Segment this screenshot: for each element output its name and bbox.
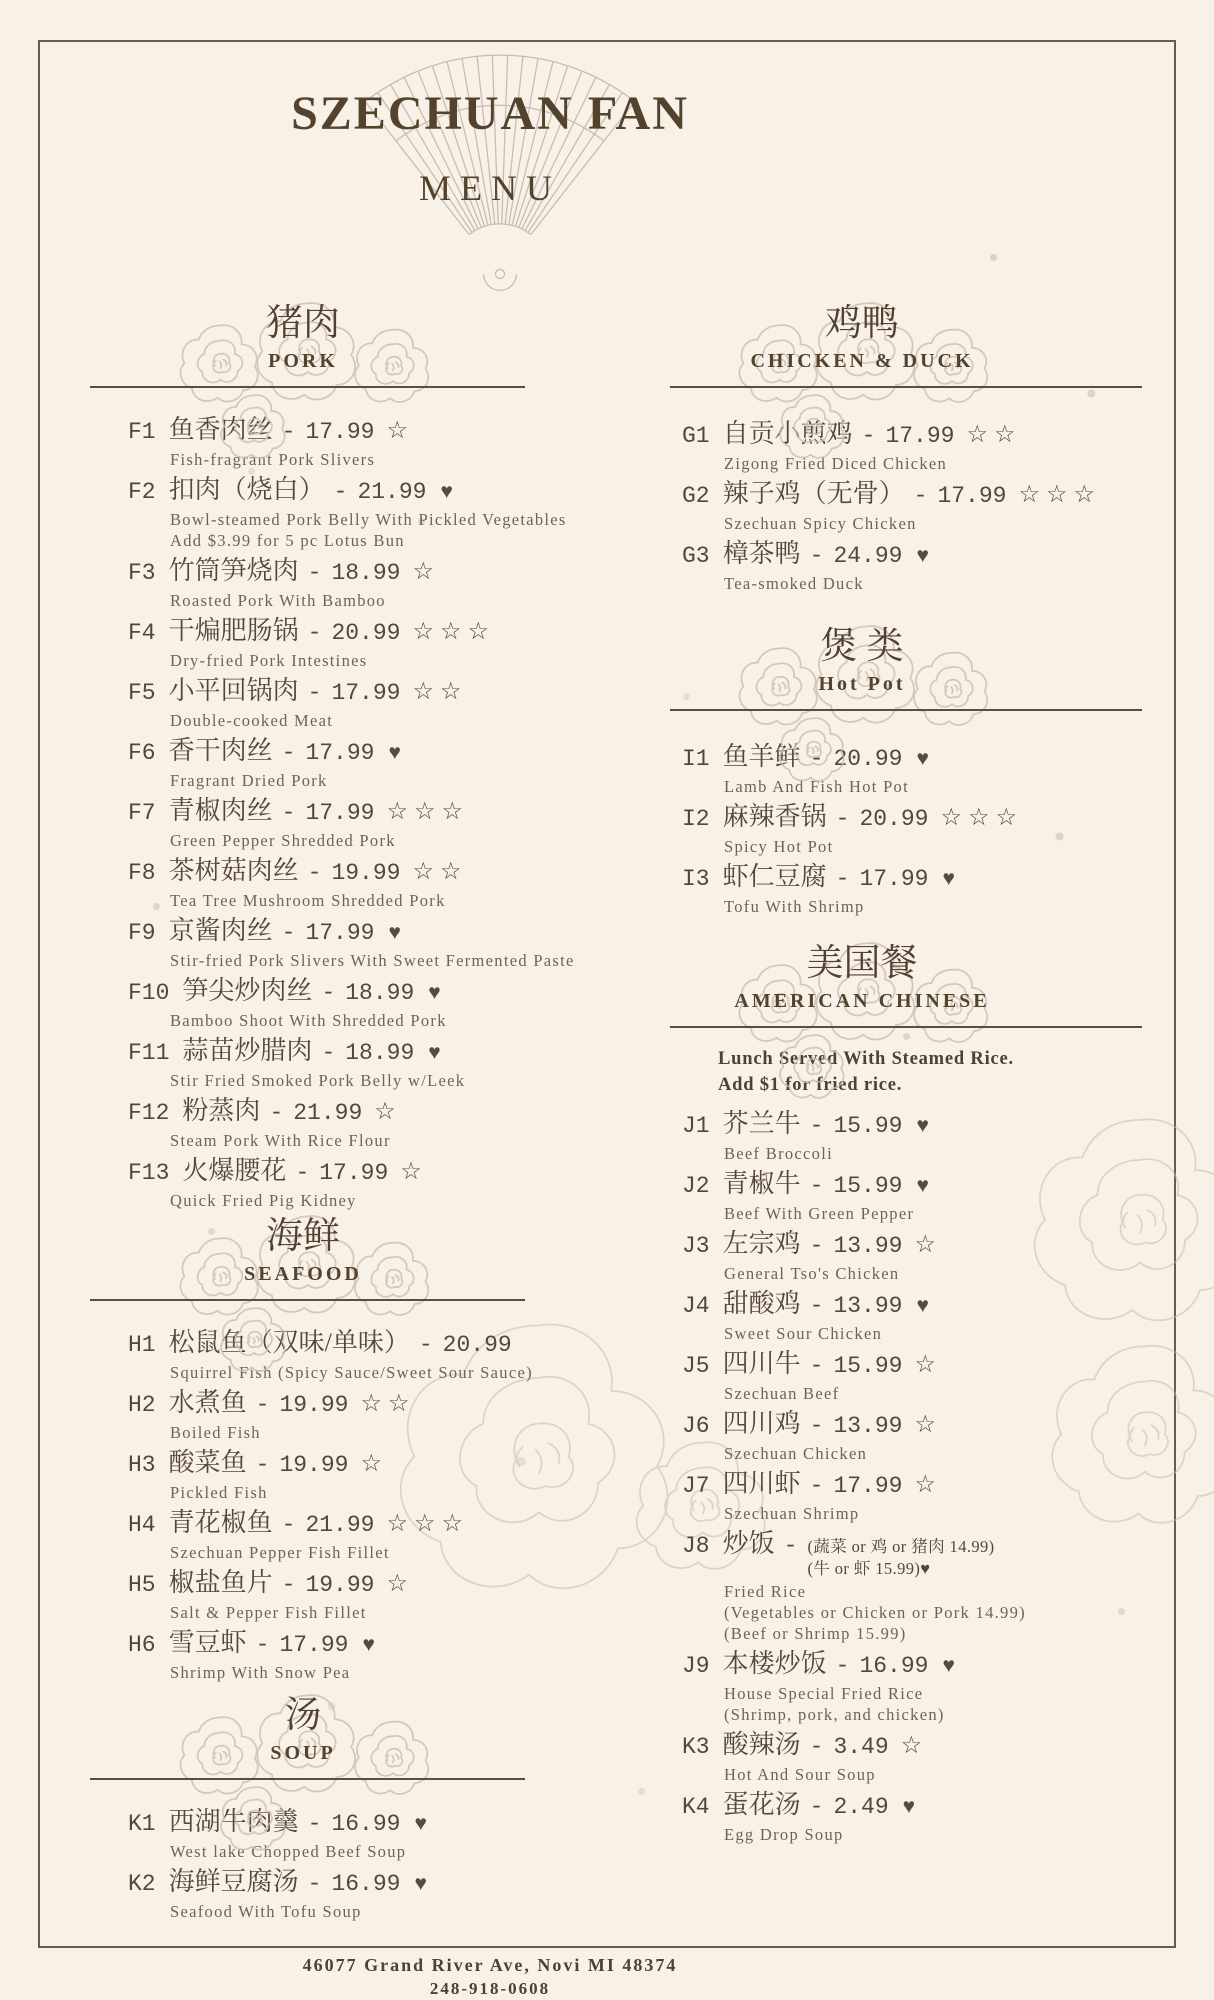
item-price: 19.99 bbox=[279, 1389, 348, 1421]
item-desc: (Vegetables or Chicken or Pork 14.99) bbox=[682, 1603, 1152, 1622]
item-name-zh: 青花椒鱼 bbox=[169, 1507, 273, 1539]
item-price: 15.99 bbox=[833, 1170, 902, 1202]
menu-item: F5小平回锅肉-17.99☆☆Double-cooked Meat bbox=[128, 675, 563, 730]
section-items: Lunch Served With Steamed Rice.Add $1 fo… bbox=[662, 1028, 1152, 1844]
item-dash: - bbox=[810, 1110, 824, 1142]
item-dash: - bbox=[282, 1509, 296, 1541]
spice-indicator: ♥ bbox=[916, 1169, 928, 1201]
section-title-zh: 海鲜 bbox=[93, 1215, 513, 1259]
item-name-zh: 香干肉丝 bbox=[169, 735, 273, 767]
menu-section-american: 美国餐AMERICAN CHINESELunch Served With Ste… bbox=[662, 942, 1152, 1844]
spice-indicator: ♥ bbox=[903, 1790, 915, 1822]
menu-item: H2水煮鱼-19.99☆☆Boiled Fish bbox=[128, 1387, 563, 1442]
spice-indicator: ☆ bbox=[360, 1448, 388, 1480]
item-desc: Bamboo Shoot With Shredded Pork bbox=[128, 1011, 563, 1030]
item-desc: Seafood With Tofu Soup bbox=[128, 1902, 563, 1921]
spice-indicator: ♥ bbox=[362, 1628, 374, 1660]
menu-header: SZECHUAN FAN MENU bbox=[0, 86, 980, 209]
item-dash: - bbox=[810, 1470, 824, 1502]
section-header: 海鲜SEAFOOD bbox=[93, 1215, 513, 1289]
section-header: 汤SOUP bbox=[93, 1694, 513, 1768]
item-name-zh: 虾仁豆腐 bbox=[723, 861, 827, 893]
menu-item: F8茶树菇肉丝-19.99☆☆Tea Tree Mushroom Shredde… bbox=[128, 855, 563, 910]
item-dash: - bbox=[282, 1569, 296, 1601]
item-name-zh: 水煮鱼 bbox=[169, 1387, 247, 1419]
menu-subtitle: MENU bbox=[0, 167, 980, 209]
menu-item-main: F8茶树菇肉丝-19.99☆☆ bbox=[128, 855, 563, 889]
item-code: J2 bbox=[682, 1170, 710, 1202]
menu-item: J4甜酸鸡-13.99♥Sweet Sour Chicken bbox=[682, 1288, 1152, 1343]
menu-item: J7四川虾-17.99☆Szechuan Shrimp bbox=[682, 1468, 1152, 1523]
menu-item: F6香干肉丝-17.99♥Fragrant Dried Pork bbox=[128, 735, 563, 790]
item-name-zh: 雪豆虾 bbox=[169, 1627, 247, 1659]
item-code: F3 bbox=[128, 557, 156, 589]
section-title-en: AMERICAN CHINESE bbox=[642, 986, 1082, 1016]
spice-indicator: ☆ bbox=[914, 1409, 942, 1441]
item-desc: Fried Rice bbox=[682, 1582, 1152, 1601]
spice-indicator: ♥ bbox=[388, 736, 400, 768]
section-title-zh: 煲 类 bbox=[642, 625, 1082, 669]
item-code: F1 bbox=[128, 416, 156, 448]
item-price: 21.99 bbox=[357, 476, 426, 508]
spice-indicator: ☆☆ bbox=[412, 856, 467, 888]
section-title-zh: 美国餐 bbox=[642, 942, 1082, 986]
spice-indicator: ♥ bbox=[414, 1867, 426, 1899]
item-name-zh: 火爆腰花 bbox=[182, 1155, 286, 1187]
item-desc: Szechuan Pepper Fish Fillet bbox=[128, 1543, 563, 1562]
item-name-zh: 青椒肉丝 bbox=[169, 795, 273, 827]
menu-item: F4干煸肥肠锅-20.99☆☆☆Dry-fried Pork Intestine… bbox=[128, 615, 563, 670]
spice-indicator: ♥ bbox=[916, 539, 928, 571]
item-desc: Green Pepper Shredded Pork bbox=[128, 831, 563, 850]
menu-item: F11蒜苗炒腊肉-18.99♥Stir Fried Smoked Pork Be… bbox=[128, 1035, 563, 1090]
item-price: 15.99 bbox=[833, 1110, 902, 1142]
spice-indicator: ☆ bbox=[914, 1229, 942, 1261]
menu-item-main: J7四川虾-17.99☆ bbox=[682, 1468, 1152, 1502]
item-desc: (Beef or Shrimp 15.99) bbox=[682, 1624, 1152, 1643]
item-desc: Fragrant Dried Pork bbox=[128, 771, 563, 790]
menu-item: F9京酱肉丝-17.99♥Stir-fried Pork Slivers Wit… bbox=[128, 915, 563, 970]
item-code: F2 bbox=[128, 476, 156, 508]
section-divider bbox=[90, 1778, 525, 1780]
spice-indicator: ☆☆ bbox=[360, 1388, 415, 1420]
section-header: 美国餐AMERICAN CHINESE bbox=[642, 942, 1082, 1016]
item-price: 17.99 bbox=[331, 677, 400, 709]
item-dash: - bbox=[321, 1037, 335, 1069]
price-note-line: (蔬菜 or 鸡 or 猪肉 14.99) bbox=[807, 1536, 994, 1558]
item-dash: - bbox=[836, 803, 850, 835]
item-desc: Add $3.99 for 5 pc Lotus Bun bbox=[128, 531, 563, 550]
item-desc: Dry-fried Pork Intestines bbox=[128, 651, 563, 670]
item-dash: - bbox=[308, 857, 322, 889]
item-name-zh: 粉蒸肉 bbox=[182, 1095, 260, 1127]
section-title-en: Hot Pot bbox=[642, 669, 1082, 699]
item-price: 18.99 bbox=[331, 557, 400, 589]
item-dash: - bbox=[256, 1389, 270, 1421]
menu-item: J1芥兰牛-15.99♥Beef Broccoli bbox=[682, 1108, 1152, 1163]
item-price: 17.99 bbox=[319, 1157, 388, 1189]
item-dash: - bbox=[914, 480, 928, 512]
section-header: 猪肉PORK bbox=[93, 302, 513, 376]
item-price: 17.99 bbox=[937, 480, 1006, 512]
menu-item-main: H5椒盐鱼片-19.99☆ bbox=[128, 1567, 563, 1601]
item-code: J9 bbox=[682, 1650, 710, 1682]
item-code: J6 bbox=[682, 1410, 710, 1442]
item-dash: - bbox=[810, 1350, 824, 1382]
menu-item-main: K4蛋花汤-2.49♥ bbox=[682, 1789, 1152, 1823]
item-code: K3 bbox=[682, 1731, 710, 1763]
menu-item-main: K3酸辣汤-3.49☆ bbox=[682, 1729, 1152, 1763]
menu-item: J2青椒牛-15.99♥Beef With Green Pepper bbox=[682, 1168, 1152, 1223]
item-dash: - bbox=[282, 797, 296, 829]
menu-item-main: H3酸菜鱼-19.99☆ bbox=[128, 1447, 563, 1481]
menu-item: G2辣子鸡（无骨）-17.99☆☆☆Szechuan Spicy Chicken bbox=[682, 478, 1152, 533]
section-title-zh: 汤 bbox=[93, 1694, 513, 1738]
item-code: K1 bbox=[128, 1808, 156, 1840]
menu-section-soup: 汤SOUPK1西湖牛肉羹-16.99♥West lake Chopped Bee… bbox=[108, 1694, 563, 1921]
item-desc: Tofu With Shrimp bbox=[682, 897, 1152, 916]
menu-section-chicken: 鸡鸭CHICKEN & DUCKG1自贡小煎鸡-17.99☆☆Zigong Fr… bbox=[662, 302, 1152, 593]
menu-item-main: F5小平回锅肉-17.99☆☆ bbox=[128, 675, 563, 709]
menu-item-main: G2辣子鸡（无骨）-17.99☆☆☆ bbox=[682, 478, 1152, 512]
menu-item-main: I3虾仁豆腐-17.99♥ bbox=[682, 861, 1152, 895]
menu-item-main: G3樟茶鸭-24.99♥ bbox=[682, 538, 1152, 572]
menu-item-main: J4甜酸鸡-13.99♥ bbox=[682, 1288, 1152, 1322]
item-name-zh: 樟茶鸭 bbox=[723, 538, 801, 570]
menu-page: SZECHUAN FAN MENU 猪肉PORKF1鱼香肉丝-17.99☆Fis… bbox=[0, 0, 1214, 2000]
item-dash: - bbox=[836, 1650, 850, 1682]
item-dash: - bbox=[269, 1097, 283, 1129]
item-desc: Steam Pork With Rice Flour bbox=[128, 1131, 563, 1150]
menu-item-main: H6雪豆虾-17.99♥ bbox=[128, 1627, 563, 1661]
item-code: G2 bbox=[682, 480, 710, 512]
item-code: F8 bbox=[128, 857, 156, 889]
item-dash: - bbox=[308, 557, 322, 589]
item-code: F11 bbox=[128, 1037, 169, 1069]
menu-item-main: H2水煮鱼-19.99☆☆ bbox=[128, 1387, 563, 1421]
item-name-zh: 炒饭 bbox=[723, 1528, 775, 1560]
item-price: 19.99 bbox=[331, 857, 400, 889]
menu-item: F3竹筒笋烧肉-18.99☆Roasted Pork With Bamboo bbox=[128, 555, 563, 610]
item-code: G3 bbox=[682, 540, 710, 572]
item-price: 21.99 bbox=[293, 1097, 362, 1129]
item-desc: Stir-fried Pork Slivers With Sweet Ferme… bbox=[128, 951, 563, 970]
section-divider bbox=[670, 386, 1142, 388]
item-code: F12 bbox=[128, 1097, 169, 1129]
item-dash: - bbox=[784, 1530, 798, 1562]
item-desc: Beef With Green Pepper bbox=[682, 1204, 1152, 1223]
item-desc: Szechuan Spicy Chicken bbox=[682, 514, 1152, 533]
menu-item: J5四川牛-15.99☆Szechuan Beef bbox=[682, 1348, 1152, 1403]
menu-item: J9本楼炒饭-16.99♥House Special Fried Rice(Sh… bbox=[682, 1648, 1152, 1724]
item-name-zh: 甜酸鸡 bbox=[723, 1288, 801, 1320]
item-price: 17.99 bbox=[305, 797, 374, 829]
item-desc: Sweet Sour Chicken bbox=[682, 1324, 1152, 1343]
item-desc: Bowl-steamed Pork Belly With Pickled Veg… bbox=[128, 510, 563, 529]
item-dash: - bbox=[282, 737, 296, 769]
item-code: H2 bbox=[128, 1389, 156, 1421]
item-price: 2.49 bbox=[833, 1791, 888, 1823]
menu-item-main: J2青椒牛-15.99♥ bbox=[682, 1168, 1152, 1202]
spice-indicator: ☆ bbox=[412, 556, 440, 588]
menu-item-main: F2扣肉（烧白）-21.99♥ bbox=[128, 474, 563, 508]
item-code: I2 bbox=[682, 803, 710, 835]
menu-item-main: F12粉蒸肉-21.99☆ bbox=[128, 1095, 563, 1129]
menu-item-main: F4干煸肥肠锅-20.99☆☆☆ bbox=[128, 615, 563, 649]
item-price: 13.99 bbox=[833, 1290, 902, 1322]
spice-indicator: ☆ bbox=[374, 1096, 402, 1128]
item-desc: Double-cooked Meat bbox=[128, 711, 563, 730]
item-code: K2 bbox=[128, 1868, 156, 1900]
item-dash: - bbox=[810, 1410, 824, 1442]
menu-item: K2海鲜豆腐汤-16.99♥Seafood With Tofu Soup bbox=[128, 1866, 563, 1921]
menu-item-main: I2麻辣香锅-20.99☆☆☆ bbox=[682, 801, 1152, 835]
item-desc: Szechuan Chicken bbox=[682, 1444, 1152, 1463]
item-name-zh: 酸辣汤 bbox=[723, 1729, 801, 1761]
item-desc: Stir Fried Smoked Pork Belly w/Leek bbox=[128, 1071, 563, 1090]
menu-item-main: F10笋尖炒肉丝-18.99♥ bbox=[128, 975, 563, 1009]
section-items: F1鱼香肉丝-17.99☆Fish-fragrant Pork SliversF… bbox=[108, 388, 563, 1210]
item-price: 20.99 bbox=[331, 617, 400, 649]
item-desc: General Tso's Chicken bbox=[682, 1264, 1152, 1283]
item-desc: (Shrimp, pork, and chicken) bbox=[682, 1705, 1152, 1724]
item-price: 24.99 bbox=[833, 540, 902, 572]
menu-item-main: H4青花椒鱼-21.99☆☆☆ bbox=[128, 1507, 563, 1541]
item-price: 20.99 bbox=[859, 803, 928, 835]
item-name-zh: 干煸肥肠锅 bbox=[169, 615, 299, 647]
item-price: 17.99 bbox=[859, 863, 928, 895]
item-name-zh: 麻辣香锅 bbox=[723, 801, 827, 833]
item-desc: Szechuan Shrimp bbox=[682, 1504, 1152, 1523]
section-title-zh: 猪肉 bbox=[93, 302, 513, 346]
menu-item-main: J3左宗鸡-13.99☆ bbox=[682, 1228, 1152, 1262]
item-desc: Egg Drop Soup bbox=[682, 1825, 1152, 1844]
item-code: H3 bbox=[128, 1449, 156, 1481]
spice-indicator: ☆☆☆ bbox=[1018, 479, 1101, 511]
item-price-notes: (蔬菜 or 鸡 or 猪肉 14.99)(牛 or 虾 15.99)♥ bbox=[807, 1536, 994, 1580]
item-dash: - bbox=[256, 1449, 270, 1481]
menu-footer: 46077 Grand River Ave, Novi MI 48374 248… bbox=[0, 1954, 980, 1999]
spice-indicator: ♥ bbox=[916, 1289, 928, 1321]
section-divider bbox=[90, 386, 525, 388]
item-name-zh: 京酱肉丝 bbox=[169, 915, 273, 947]
item-code: J3 bbox=[682, 1230, 710, 1262]
menu-item-main: F9京酱肉丝-17.99♥ bbox=[128, 915, 563, 949]
footer-address: 46077 Grand River Ave, Novi MI 48374 bbox=[0, 1954, 980, 1976]
item-code: F9 bbox=[128, 917, 156, 949]
item-desc: Roasted Pork With Bamboo bbox=[128, 591, 563, 610]
item-code: H4 bbox=[128, 1509, 156, 1541]
restaurant-title: SZECHUAN FAN bbox=[0, 86, 980, 141]
spice-indicator: ☆☆☆ bbox=[940, 802, 1023, 834]
menu-section-pork: 猪肉PORKF1鱼香肉丝-17.99☆Fish-fragrant Pork Sl… bbox=[108, 302, 563, 1210]
menu-item: F10笋尖炒肉丝-18.99♥Bamboo Shoot With Shredde… bbox=[128, 975, 563, 1030]
item-name-zh: 茶树菇肉丝 bbox=[169, 855, 299, 887]
item-name-zh: 左宗鸡 bbox=[723, 1228, 801, 1260]
item-desc: Tea Tree Mushroom Shredded Pork bbox=[128, 891, 563, 910]
menu-item-main: F6香干肉丝-17.99♥ bbox=[128, 735, 563, 769]
section-divider bbox=[90, 1299, 525, 1301]
item-name-zh: 海鲜豆腐汤 bbox=[169, 1866, 299, 1898]
item-price: 17.99 bbox=[305, 917, 374, 949]
column-left: 猪肉PORKF1鱼香肉丝-17.99☆Fish-fragrant Pork Sl… bbox=[108, 302, 563, 1926]
item-price: 17.99 bbox=[305, 737, 374, 769]
item-code: F5 bbox=[128, 677, 156, 709]
menu-item: H4青花椒鱼-21.99☆☆☆Szechuan Pepper Fish Fill… bbox=[128, 1507, 563, 1562]
item-code: J5 bbox=[682, 1350, 710, 1382]
menu-item: F12粉蒸肉-21.99☆Steam Pork With Rice Flour bbox=[128, 1095, 563, 1150]
price-note-line: (牛 or 虾 15.99)♥ bbox=[807, 1558, 994, 1580]
section-title-en: SOUP bbox=[93, 1738, 513, 1768]
item-code: J4 bbox=[682, 1290, 710, 1322]
menu-item: H3酸菜鱼-19.99☆Pickled Fish bbox=[128, 1447, 563, 1502]
section-divider bbox=[670, 709, 1142, 711]
item-desc: Boiled Fish bbox=[128, 1423, 563, 1442]
spice-indicator: ☆☆☆ bbox=[412, 616, 495, 648]
item-dash: - bbox=[810, 1230, 824, 1262]
item-code: J8 bbox=[682, 1530, 710, 1562]
menu-item: J3左宗鸡-13.99☆General Tso's Chicken bbox=[682, 1228, 1152, 1283]
item-dash: - bbox=[308, 677, 322, 709]
spice-indicator: ☆ bbox=[914, 1349, 942, 1381]
item-code: G1 bbox=[682, 420, 710, 452]
item-name-zh: 辣子鸡（无骨） bbox=[723, 478, 905, 510]
item-dash: - bbox=[308, 617, 322, 649]
menu-section-seafood: 海鲜SEAFOODH1松鼠鱼（双味/单味）-20.99Squirrel Fish… bbox=[108, 1215, 563, 1682]
item-price: 17.99 bbox=[833, 1470, 902, 1502]
item-code: F7 bbox=[128, 797, 156, 829]
menu-item: F2扣肉（烧白）-21.99♥Bowl-steamed Pork Belly W… bbox=[128, 474, 563, 550]
item-desc: Hot And Sour Soup bbox=[682, 1765, 1152, 1784]
spice-indicator: ☆ bbox=[914, 1469, 942, 1501]
item-name-zh: 四川虾 bbox=[723, 1468, 801, 1500]
item-code: F4 bbox=[128, 617, 156, 649]
spice-indicator: ☆☆ bbox=[412, 676, 467, 708]
item-price: 16.99 bbox=[331, 1868, 400, 1900]
item-dash: - bbox=[836, 863, 850, 895]
item-dash: - bbox=[810, 1290, 824, 1322]
menu-item: I3虾仁豆腐-17.99♥Tofu With Shrimp bbox=[682, 861, 1152, 916]
section-header: 煲 类Hot Pot bbox=[642, 625, 1082, 699]
menu-item: G3樟茶鸭-24.99♥Tea-smoked Duck bbox=[682, 538, 1152, 593]
item-dash: - bbox=[256, 1629, 270, 1661]
item-dash: - bbox=[334, 476, 348, 508]
item-name-zh: 四川鸡 bbox=[723, 1408, 801, 1440]
item-price: 15.99 bbox=[833, 1350, 902, 1382]
item-dash: - bbox=[810, 540, 824, 572]
item-dash: - bbox=[810, 1170, 824, 1202]
section-title-en: PORK bbox=[93, 346, 513, 376]
spice-indicator: ♥ bbox=[942, 862, 954, 894]
menu-item-main: K2海鲜豆腐汤-16.99♥ bbox=[128, 1866, 563, 1900]
menu-item-main: F3竹筒笋烧肉-18.99☆ bbox=[128, 555, 563, 589]
item-code: F10 bbox=[128, 977, 169, 1009]
item-price: 3.49 bbox=[833, 1731, 888, 1763]
section-title-en: CHICKEN & DUCK bbox=[642, 346, 1082, 376]
item-dash: - bbox=[810, 1731, 824, 1763]
menu-item-main: F7青椒肉丝-17.99☆☆☆ bbox=[128, 795, 563, 829]
item-dash: - bbox=[810, 1791, 824, 1823]
item-dash: - bbox=[295, 1157, 309, 1189]
spice-indicator: ☆ bbox=[901, 1730, 929, 1762]
item-name-zh: 小平回锅肉 bbox=[169, 675, 299, 707]
item-price: 16.99 bbox=[859, 1650, 928, 1682]
menu-item: K4蛋花汤-2.49♥Egg Drop Soup bbox=[682, 1789, 1152, 1844]
spice-indicator: ☆☆☆ bbox=[386, 796, 469, 828]
section-title-zh: 鸡鸭 bbox=[642, 302, 1082, 346]
item-dash: - bbox=[282, 917, 296, 949]
item-desc: Spicy Hot Pot bbox=[682, 837, 1152, 856]
menu-item-main: J6四川鸡-13.99☆ bbox=[682, 1408, 1152, 1442]
menu-item-main: J5四川牛-15.99☆ bbox=[682, 1348, 1152, 1382]
item-price: 19.99 bbox=[279, 1449, 348, 1481]
spice-indicator: ♥ bbox=[428, 1036, 440, 1068]
item-name-zh: 青椒牛 bbox=[723, 1168, 801, 1200]
item-dash: - bbox=[321, 977, 335, 1009]
item-desc: Szechuan Beef bbox=[682, 1384, 1152, 1403]
menu-item-main: F11蒜苗炒腊肉-18.99♥ bbox=[128, 1035, 563, 1069]
item-price: 13.99 bbox=[833, 1410, 902, 1442]
item-code: I1 bbox=[682, 743, 710, 775]
item-code: F13 bbox=[128, 1157, 169, 1189]
footer-phone: 248-918-0608 bbox=[0, 1978, 980, 1999]
item-name-zh: 扣肉（烧白） bbox=[169, 474, 325, 506]
menu-item-main: F13火爆腰花-17.99☆ bbox=[128, 1155, 563, 1189]
menu-item: H6雪豆虾-17.99♥Shrimp With Snow Pea bbox=[128, 1627, 563, 1682]
menu-item: H5椒盐鱼片-19.99☆Salt & Pepper Fish Fillet bbox=[128, 1567, 563, 1622]
menu-item: I2麻辣香锅-20.99☆☆☆Spicy Hot Pot bbox=[682, 801, 1152, 856]
item-price: 13.99 bbox=[833, 1230, 902, 1262]
item-name-zh: 笋尖炒肉丝 bbox=[182, 975, 312, 1007]
item-code: K4 bbox=[682, 1791, 710, 1823]
item-desc: Beef Broccoli bbox=[682, 1144, 1152, 1163]
item-price: 18.99 bbox=[345, 977, 414, 1009]
item-code: H1 bbox=[128, 1329, 156, 1361]
spice-indicator: ♥ bbox=[428, 976, 440, 1008]
item-name-zh: 本楼炒饭 bbox=[723, 1648, 827, 1680]
spice-indicator: ♥ bbox=[388, 916, 400, 948]
item-desc: Tea-smoked Duck bbox=[682, 574, 1152, 593]
item-name-zh: 蒜苗炒腊肉 bbox=[182, 1035, 312, 1067]
column-right: 鸡鸭CHICKEN & DUCKG1自贡小煎鸡-17.99☆☆Zigong Fr… bbox=[662, 302, 1152, 1849]
spice-indicator: ☆☆☆ bbox=[386, 1508, 469, 1540]
item-desc: Salt & Pepper Fish Fillet bbox=[128, 1603, 563, 1622]
spice-indicator: ♥ bbox=[942, 1649, 954, 1681]
item-desc: Pickled Fish bbox=[128, 1483, 563, 1502]
item-desc: House Special Fried Rice bbox=[682, 1684, 1152, 1703]
item-name-zh: 蛋花汤 bbox=[723, 1789, 801, 1821]
menu-item-main: J8炒饭-(蔬菜 or 鸡 or 猪肉 14.99)(牛 or 虾 15.99)… bbox=[682, 1528, 1152, 1580]
item-code: I3 bbox=[682, 863, 710, 895]
item-code: H6 bbox=[128, 1629, 156, 1661]
section-divider bbox=[670, 1026, 1142, 1028]
menu-section-hotpot: 煲 类Hot PotI1鱼羊鲜-20.99♥Lamb And Fish Hot … bbox=[662, 625, 1152, 916]
menu-item: J6四川鸡-13.99☆Szechuan Chicken bbox=[682, 1408, 1152, 1463]
menu-item: K3酸辣汤-3.49☆Hot And Sour Soup bbox=[682, 1729, 1152, 1784]
item-price: 18.99 bbox=[345, 1037, 414, 1069]
spice-indicator: ☆ bbox=[386, 1568, 414, 1600]
section-title-en: SEAFOOD bbox=[93, 1259, 513, 1289]
item-name-zh: 椒盐鱼片 bbox=[169, 1567, 273, 1599]
item-name-zh: 四川牛 bbox=[723, 1348, 801, 1380]
spice-indicator: ♥ bbox=[440, 475, 452, 507]
menu-item: F7青椒肉丝-17.99☆☆☆Green Pepper Shredded Por… bbox=[128, 795, 563, 850]
spice-indicator: ☆ bbox=[400, 1156, 428, 1188]
item-code: J7 bbox=[682, 1470, 710, 1502]
item-name-zh: 酸菜鱼 bbox=[169, 1447, 247, 1479]
item-code: J1 bbox=[682, 1110, 710, 1142]
item-price: 20.99 bbox=[443, 1329, 512, 1361]
